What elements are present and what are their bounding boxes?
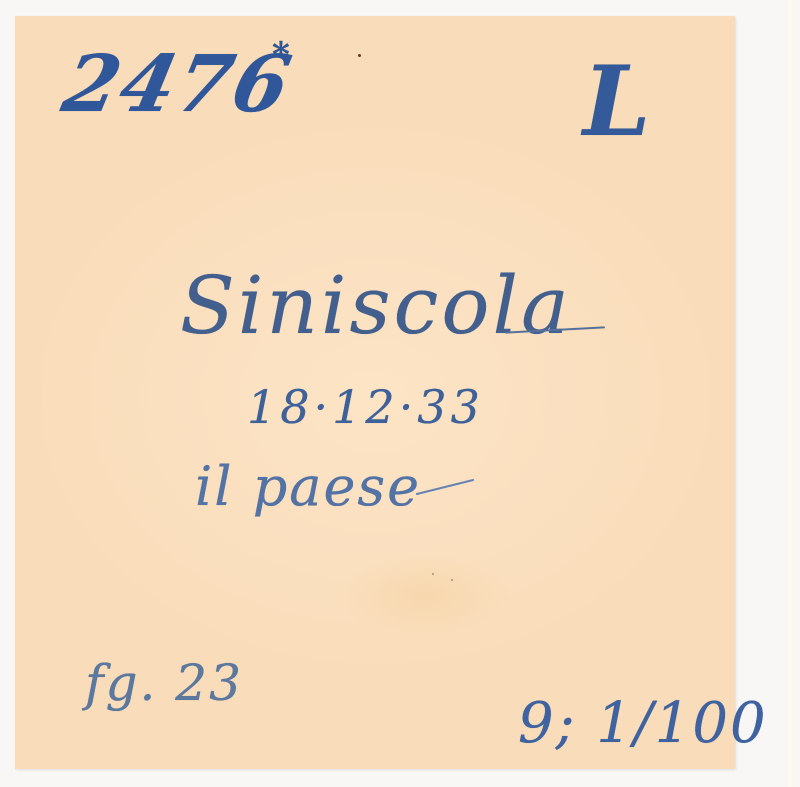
catalog-number: 2476 [57, 46, 299, 124]
series-letter: L [583, 54, 651, 150]
catalog-asterisk: * [272, 38, 290, 72]
caption-flourish [416, 479, 475, 495]
caption: il paese [195, 460, 421, 514]
paper-speck [432, 573, 434, 575]
adjacent-sheet-edge [788, 0, 794, 787]
exposure-note: 9; 1/100 [518, 696, 768, 752]
paper-speck [451, 579, 453, 581]
ink-speck [358, 54, 361, 57]
folio-number: fg. 23 [85, 658, 243, 708]
scan-background: 2476 * L Siniscola 18·12·33 il paese fg.… [0, 0, 800, 787]
date: 18·12·33 [247, 384, 484, 430]
place-name: Siniscola [180, 266, 572, 346]
archival-card: 2476 * L Siniscola 18·12·33 il paese fg.… [15, 16, 735, 769]
